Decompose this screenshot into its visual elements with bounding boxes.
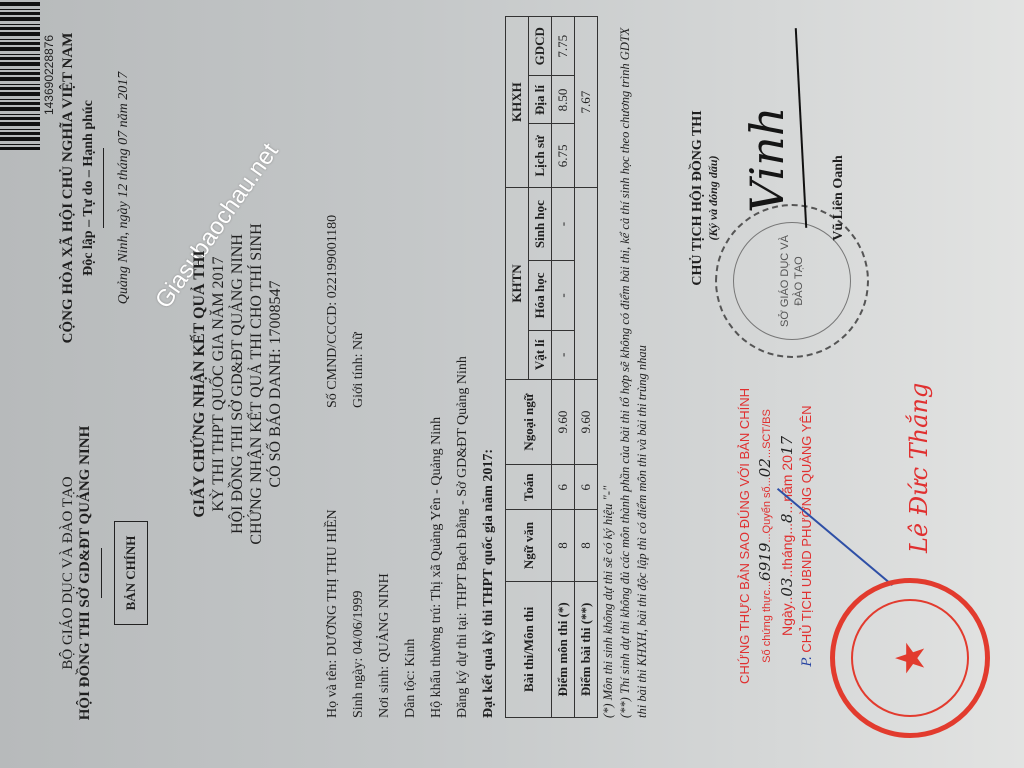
month-label: tháng: [779, 535, 795, 570]
title-line-3: HỘI ĐỒNG THI SỞ GD&ĐT QUẢNG NINH: [228, 0, 247, 768]
candidate-name: Họ và tên: DƯƠNG THỊ THU HIỀN: [320, 458, 346, 718]
score-table: Bài thi/Môn thi Ngữ văn Toán Ngoại ngữ K…: [505, 16, 598, 718]
header-chemistry: Hóa học: [529, 261, 552, 331]
score-math: 6: [575, 465, 598, 510]
star-icon: ★: [851, 599, 969, 717]
national-motto: Độc lập – Tự do – Hạnh phúc: [81, 8, 97, 368]
row-label: Điểm bài thi (**): [575, 581, 598, 717]
place-date: Quảng Ninh, ngày 12 tháng 07 năm 2017: [116, 8, 132, 368]
score-foreign-language: 9.60: [552, 379, 575, 464]
score-khxh: 7.67: [575, 17, 598, 188]
cert-authority-line: P. CHỦ TỊCH UBND PHƯỜNG QUẢNG YÊN: [797, 316, 818, 756]
score-civics: 7.75: [552, 17, 575, 76]
header-literature: Ngữ văn: [506, 510, 552, 582]
ministry-name: BỘ GIÁO DỤC VÀ ĐÀO TẠO: [60, 398, 77, 748]
header-khxh: KHXH: [506, 17, 529, 188]
candidate-ethnicity: Dân tộc: Kinh: [398, 18, 424, 718]
motto-divider: [103, 148, 104, 228]
document-title: GIẤY CHỨNG NHẬN KẾT QUẢ THI KỲ THI THPT …: [190, 0, 285, 768]
copy-type-badge: BẢN CHÍNH: [114, 521, 148, 626]
cert-title: CHỨNG THỰC BẢN SAO ĐÚNG VỚI BẢN CHÍNH: [735, 316, 755, 756]
candidate-info: Họ và tên: DƯƠNG THỊ THU HIỀN Số CMND/CC…: [320, 18, 502, 718]
header-khtn: KHTN: [506, 188, 529, 380]
candidate-dob: Sinh ngày: 04/06/1999: [346, 458, 372, 718]
score-chemistry: -: [552, 261, 575, 331]
title-line-4: CHỨNG NHẬN KẾT QUẢ THI CHO THÍ SINH: [247, 0, 266, 768]
council-name: HỘI ĐỒNG THI SỞ GD&ĐT QUẢNG NINH: [77, 398, 94, 748]
score-math: 6: [552, 465, 575, 510]
book-suffix: SCT/BS: [761, 409, 773, 449]
candidate-exam-site: Đăng ký dự thi tại: THPT Bạch Đằng - Sở …: [450, 18, 476, 718]
cert-year: 17: [778, 436, 796, 455]
cert-number-line: Số chứng thực...6919...Quyển số...02...S…: [755, 316, 777, 756]
candidate-number: CÓ SỐ BÁO DANH: 17008547: [266, 0, 285, 768]
candidate-residence: Hộ khẩu thường trú: Thị xã Quảng Yên - Q…: [424, 18, 450, 718]
header-math: Toán: [506, 465, 552, 510]
title-line-1: GIẤY CHỨNG NHẬN KẾT QUẢ THI: [190, 0, 209, 768]
sign-instruction: (Ký và đóng dấu): [706, 8, 721, 388]
score-geography: 8.50: [552, 76, 575, 124]
handwritten-signature: Vinh: [740, 107, 794, 213]
nation-name: CỘNG HÒA XÃ HỘI CHỦ NGHĨA VIỆT NAM: [60, 8, 77, 368]
score-foreign-language: 9.60: [575, 379, 598, 464]
score-khtn: [575, 188, 598, 380]
candidate-birthplace: Nơi sinh: QUẢNG NINH: [372, 18, 398, 718]
book-number: 02: [756, 458, 774, 477]
score-biology: -: [552, 188, 575, 261]
header-divider: [101, 548, 102, 598]
header-geography: Địa lí: [529, 76, 552, 124]
score-literature: 8: [575, 510, 598, 582]
cert-number: 6919: [756, 543, 774, 581]
header-row-label: Bài thi/Môn thi: [506, 581, 552, 717]
header-physics: Vật lí: [529, 330, 552, 379]
signer-role: CHỦ TỊCH HỘI ĐỒNG THI: [690, 8, 706, 388]
header-foreign-language: Ngoại ngữ: [506, 379, 552, 464]
barcode: 143690228876: [0, 0, 56, 150]
title-line-2: KỲ THI THPT QUỐC GIA NĂM 2017: [209, 0, 228, 768]
on-behalf-prefix: P.: [800, 656, 815, 666]
header-biology: Sinh học: [529, 188, 552, 261]
national-header: CỘNG HÒA XÃ HỘI CHỦ NGHĨA VIỆT NAM Độc l…: [60, 8, 132, 368]
table-row: Điểm bài thi (**) 8 6 9.60 7.67: [575, 17, 598, 718]
score-literature: 8: [552, 510, 575, 582]
header-civics: GDCD: [529, 17, 552, 76]
table-row: Điểm môn thi (*) 8 6 9.60 - - - 6.75 8.5…: [552, 17, 575, 718]
score-physics: -: [552, 330, 575, 379]
barcode-number: 143690228876: [42, 0, 56, 150]
footnotes: (*) Môn thi sinh không dự thi sẽ có ký h…: [600, 18, 651, 718]
score-history: 6.75: [552, 124, 575, 188]
cert-authority: CHỦ TỊCH UBND PHƯỜNG QUẢNG YÊN: [799, 406, 814, 653]
cert-date-line: Ngày..03..tháng...8...năm 2017: [777, 316, 797, 756]
cert-month: 8: [778, 513, 796, 523]
result-heading: Đạt kết quả kỳ thi THPT quốc gia năm 201…: [476, 18, 502, 718]
issuer-header: BỘ GIÁO DỤC VÀ ĐÀO TẠO HỘI ĐỒNG THI SỞ G…: [60, 398, 148, 748]
ward-stamp: ★: [830, 578, 990, 738]
footnote-2: (**) Thí sinh dự thi không đủ các môn th…: [617, 18, 651, 718]
candidate-id-number: Số CMND/CCCD: 022199001180: [320, 215, 346, 408]
barcode-bars: [0, 0, 40, 150]
certification-stamp: CHỨNG THỰC BẢN SAO ĐÚNG VỚI BẢN CHÍNH Số…: [735, 316, 818, 756]
cert-signer-name: Lê Đức Thắng: [905, 383, 933, 553]
book-label: Quyển số: [761, 486, 773, 533]
footnote-1: (*) Môn thi sinh không dự thi sẽ có ký h…: [600, 18, 617, 718]
row-label: Điểm môn thi (*): [552, 581, 575, 717]
cert-day: 03: [778, 578, 796, 597]
certificate-page: 143690228876 BỘ GIÁO DỤC VÀ ĐÀO TẠO HỘI …: [0, 0, 1024, 768]
header-history: Lịch sử: [529, 124, 552, 188]
day-label: Ngày: [779, 604, 795, 636]
cert-number-label: Số chứng thực: [761, 590, 773, 663]
signer-name: Vũ Liên Oanh: [831, 8, 847, 388]
candidate-gender: Giới tính: Nữ: [346, 332, 372, 408]
